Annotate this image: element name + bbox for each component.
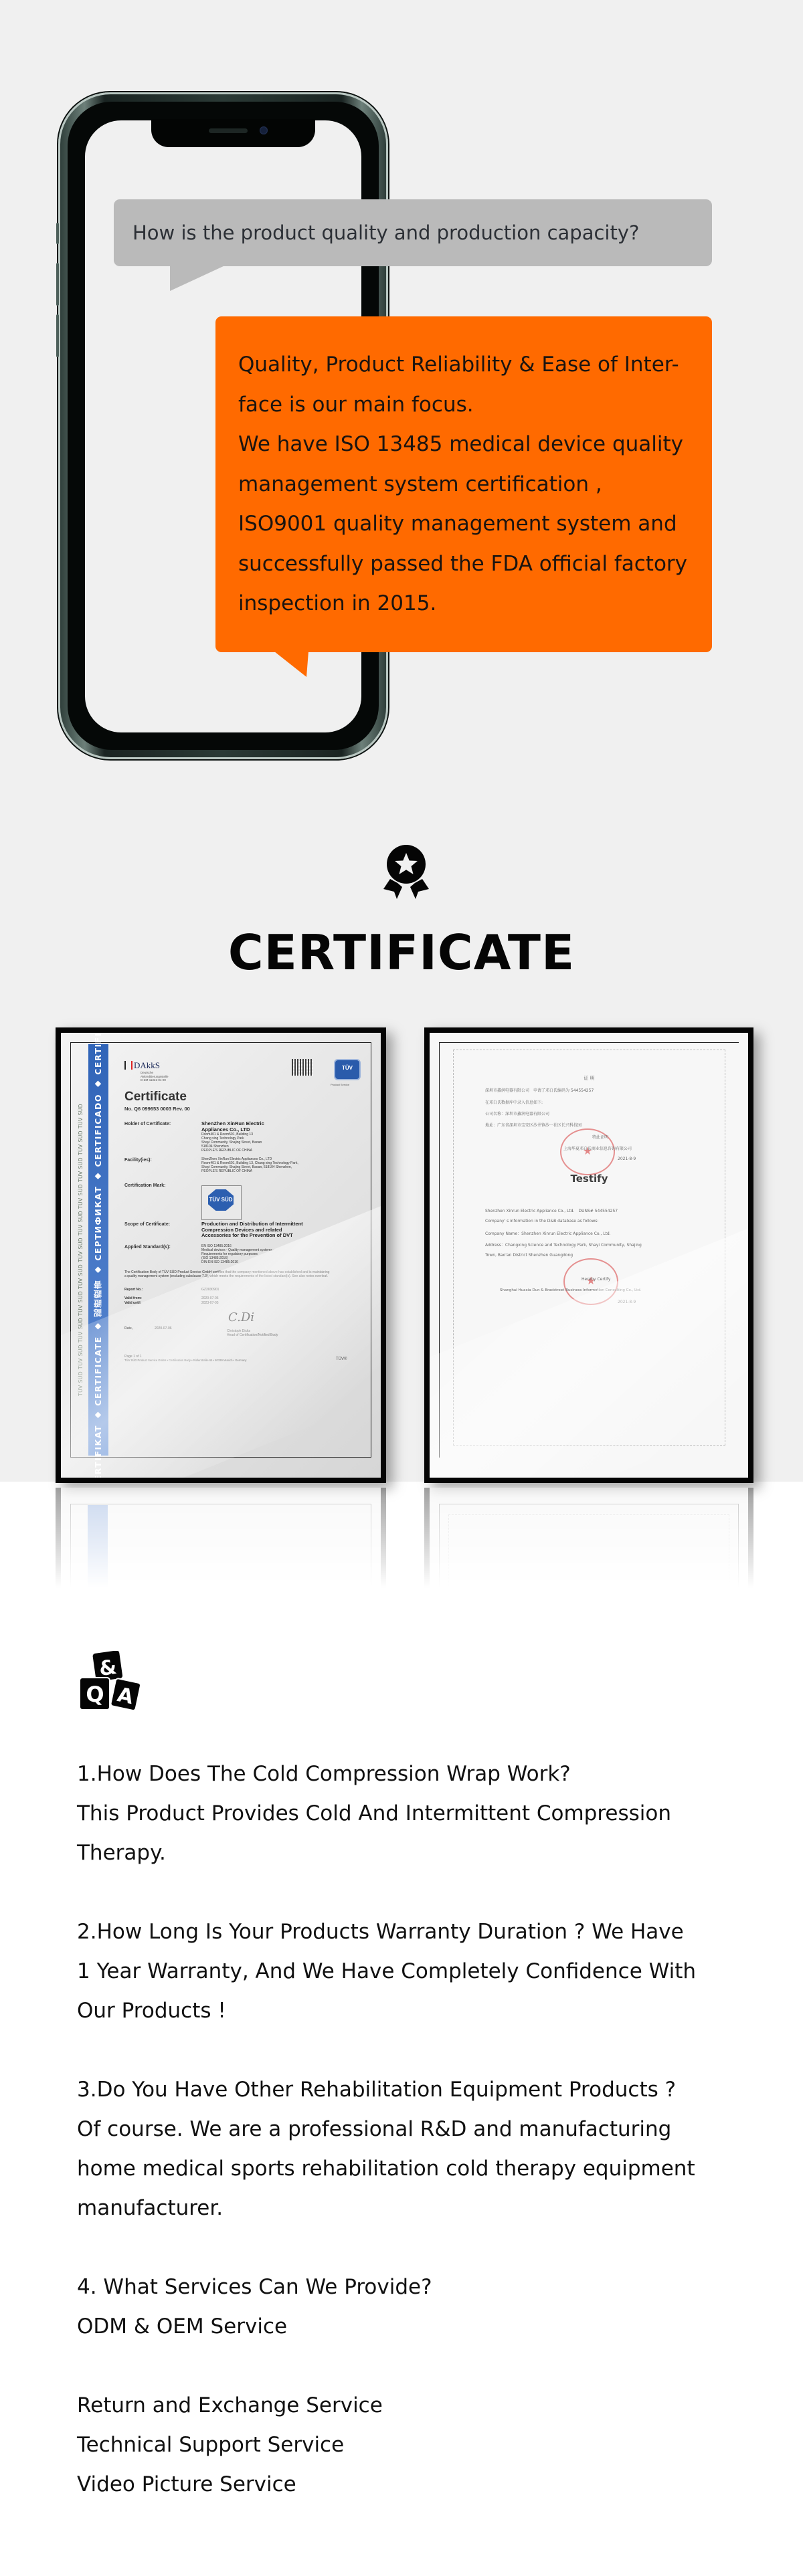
facility-block: ShenZhen XinRun Electric Appliances Co.,… [201, 1157, 298, 1173]
answer-bubble-tail [274, 652, 309, 678]
tuv-side-watermark: TÜV SÜD TÜV SÜD TÜV SÜD TÜV SÜD TÜV SÜD … [78, 1044, 87, 1456]
testify-heading: Testify [440, 1173, 739, 1185]
reflection-dashed-border [448, 1514, 729, 1588]
signer-title: Head of Certification/Notified Body [227, 1333, 278, 1337]
facility-label: Facility(ies): [124, 1158, 152, 1163]
faq-answer-line: Of course. We are a professional R&D and… [77, 2110, 733, 2149]
dakks-mark-icon [124, 1061, 132, 1070]
tuv-logo-caption: Product Service [331, 1083, 349, 1086]
certificate-number: No. Q6 099653 0003 Rev. 00 [124, 1106, 190, 1112]
front-camera-icon [260, 126, 268, 134]
red-stamp-icon: ★ [563, 1258, 618, 1305]
zh-line: 在邓白氏数据库中录入信息如下: [485, 1099, 543, 1105]
faq-question: 1.How Does The Cold Compression Wrap Wor… [77, 1755, 733, 1794]
valid-until: 2023-07-05 [201, 1301, 219, 1305]
valid-until-label: Valid until: [124, 1301, 141, 1305]
en-issuer: Shanghai Huaxia Dun & Bradstreet Busines… [500, 1288, 641, 1292]
phone-volume-up [56, 263, 59, 306]
scope-line: Accessories for the Prevention of DVT [201, 1233, 303, 1239]
en-line: Shenzhen Xinrun Electric Appliance Co., … [485, 1207, 618, 1213]
holder-name: Appliances Co., LTD [201, 1127, 264, 1133]
dakks-name: DAkkS [134, 1060, 160, 1070]
date-label: Date, [124, 1326, 132, 1330]
holder-label: Holder of Certificate: [124, 1122, 171, 1126]
en-line: Address：Changxing Science and Technology… [485, 1242, 642, 1248]
phone-notch [151, 119, 315, 147]
faq-question: 2.How Long Is Your Products Warranty Dur… [77, 1912, 733, 1952]
service-item: Technical Support Service [77, 2425, 733, 2465]
zh-issuer: 上海华夏邓白氏商业信息咨询有限公司 [563, 1145, 632, 1151]
faq-answer-line: home medical sports rehabilitation cold … [77, 2149, 733, 2189]
valid-from: 2020-07-06 [201, 1296, 219, 1300]
zh-date: 2021-8-9 [618, 1157, 636, 1161]
tuv-logo: TÜV [334, 1059, 361, 1080]
certificate-mat: 证 明 深圳市鑫润电器有限公司 申请了邓白氏编码为 544554257 在邓白氏… [430, 1033, 748, 1478]
answer-line: Quality, Product Reliability & Ease of I… [238, 345, 692, 385]
faq-answer-line: ODM & OEM Service [77, 2307, 733, 2347]
en-date: 2021-8-9 [618, 1300, 636, 1304]
reflection-band [88, 1505, 108, 1588]
valid-from-label: Valid from: [124, 1296, 142, 1300]
q-and-a-blocks-icon: & A Q [78, 1651, 141, 1712]
en-line: Town, Bao'an District Shenzhen Guangdong [485, 1253, 573, 1258]
phone-mute-switch [56, 223, 59, 244]
standards-label: Applied Standard(s): [124, 1245, 171, 1250]
phone-volume-down [56, 314, 59, 357]
standards-block: EN ISO 13485:2016 Medical devices - Qual… [201, 1244, 274, 1264]
faq-item: 3.Do You Have Other Rehabilitation Equip… [77, 2070, 733, 2228]
service-list: Return and Exchange Service Technical Su… [77, 2386, 733, 2504]
faq-item: 1.How Does The Cold Compression Wrap Wor… [77, 1755, 733, 1873]
tuv-certification-mark: TÜV SÜD [201, 1185, 242, 1220]
qr-code-icon [292, 1059, 313, 1076]
reflection-doc [70, 1504, 371, 1588]
tuv-octagon-icon: TÜV SÜD [208, 1189, 234, 1211]
tuv-footer-mark: TÜV® [336, 1357, 347, 1361]
faq-answer-line: Therapy. [77, 1834, 733, 1873]
scope-label: Scope of Certificate: [124, 1222, 170, 1227]
zh-certify: 特此证明 [592, 1134, 608, 1140]
tuv-certificate-reflection [56, 1488, 386, 1588]
dashed-border [453, 1050, 725, 1446]
faq-answer-line: Our Products ! [77, 1991, 733, 2031]
svg-text:Q: Q [86, 1682, 104, 1707]
answer-line: face is our main focus. [238, 385, 692, 425]
standard-line: DIN EN ISO 13485:2016 [201, 1260, 274, 1264]
zh-line: 地址：广东省深圳市宝安区沙井镇沙一社区长兴科技园 [485, 1122, 582, 1128]
zh-line: 深圳市鑫润电器有限公司 申请了邓白氏编码为 544554257 [485, 1087, 594, 1093]
service-item: Video Picture Service [77, 2465, 733, 2504]
facility-line: PEOPLE'S REPUBLIC OF CHINA [201, 1169, 298, 1173]
service-item: Return and Exchange Service [77, 2386, 733, 2425]
zh-title: 证 明 [440, 1075, 739, 1082]
issue-date: 2020-07-06 [155, 1326, 172, 1330]
tuv-multilingual-band: ZERTIFIKAT ◆ CERTIFICATE ◆ 認證證書 ◆ СЕРТИФ… [88, 1044, 108, 1456]
question-bubble: How is the product quality and productio… [114, 199, 712, 266]
faq-item: 4. What Services Can We Provide? ODM & O… [77, 2268, 733, 2347]
answer-line: ISO9001 quality management system and [238, 504, 692, 544]
faq-question: 4. What Services Can We Provide? [77, 2268, 733, 2307]
scope-block: Production and Distribution of Intermitt… [201, 1221, 303, 1239]
faq-question: 3.Do You Have Other Rehabilitation Equip… [77, 2070, 733, 2110]
signature: C.Di [228, 1310, 254, 1324]
faq-list: 1.How Does The Cold Compression Wrap Wor… [77, 1755, 733, 2504]
medal-star-icon [379, 844, 433, 903]
dakks-logo: DAkkS Deutsche Akkreditierungsstelle D-Z… [124, 1060, 169, 1082]
answer-line: management system certification , [238, 465, 692, 505]
mark-label: Certification Mark: [124, 1183, 165, 1188]
tuv-certificate-document: TÜV SÜD TÜV SÜD TÜV SÜD TÜV SÜD TÜV SÜD … [70, 1042, 371, 1458]
speaker-grille [209, 128, 248, 133]
certificate-footer: TÜV SÜD Product Service GmbH • Certifica… [124, 1359, 247, 1363]
certificate-mat: TÜV SÜD TÜV SÜD TÜV SÜD TÜV SÜD TÜV SÜD … [61, 1033, 381, 1478]
holder-address-line: PEOPLE'S REPUBLIC OF CHINA [201, 1149, 264, 1153]
en-certify: Hereby Certify [582, 1277, 610, 1282]
dnb-certificate-reflection [424, 1488, 753, 1588]
dnb-certificate-document: 证 明 深圳市鑫润电器有限公司 申请了邓白氏编码为 544554257 在邓白氏… [439, 1042, 739, 1458]
report-number: GZ2030901 [201, 1288, 219, 1292]
dnb-certificate-frame[interactable]: 证 明 深圳市鑫润电器有限公司 申请了邓白氏编码为 544554257 在邓白氏… [424, 1027, 753, 1483]
answer-line: We have ISO 13485 medical device quality [238, 425, 692, 465]
question-text: How is the product quality and productio… [132, 221, 639, 244]
certificate-doc-title: Certificate [124, 1090, 187, 1104]
dakks-sub: D-ZM-11321-01-00 [141, 1078, 169, 1082]
answer-line: successfully passed the FDA official fac… [238, 544, 692, 585]
certificate-heading: CERTIFICATE [0, 924, 803, 981]
faq-item: 2.How Long Is Your Products Warranty Dur… [77, 1912, 733, 2031]
question-bubble-tail [170, 266, 230, 292]
holder-block: ShenZhen XinRun Electric Appliances Co.,… [201, 1121, 264, 1153]
en-line: Company Name：Shenzhen Xinrun Electric Ap… [485, 1230, 611, 1236]
faq-answer-line: This Product Provides Cold And Intermitt… [77, 1794, 733, 1834]
zh-line: 公司名称：深圳市鑫润电器有限公司 [485, 1110, 549, 1116]
answer-bubble: Quality, Product Reliability & Ease of I… [215, 316, 712, 652]
certification-statement: The Certification Body of TÜV SÜD Produc… [124, 1270, 332, 1278]
tuv-certificate-frame[interactable]: TÜV SÜD TÜV SÜD TÜV SÜD TÜV SÜD TÜV SÜD … [56, 1027, 386, 1483]
faq-answer-line: manufacturer. [77, 2189, 733, 2228]
faq-answer-line: 1 Year Warranty, And We Have Completely … [77, 1952, 733, 1991]
answer-line: inspection in 2015. [238, 584, 692, 624]
en-line: Company' s information in the D&B databa… [485, 1219, 598, 1223]
report-label: Report No.: [124, 1288, 143, 1292]
